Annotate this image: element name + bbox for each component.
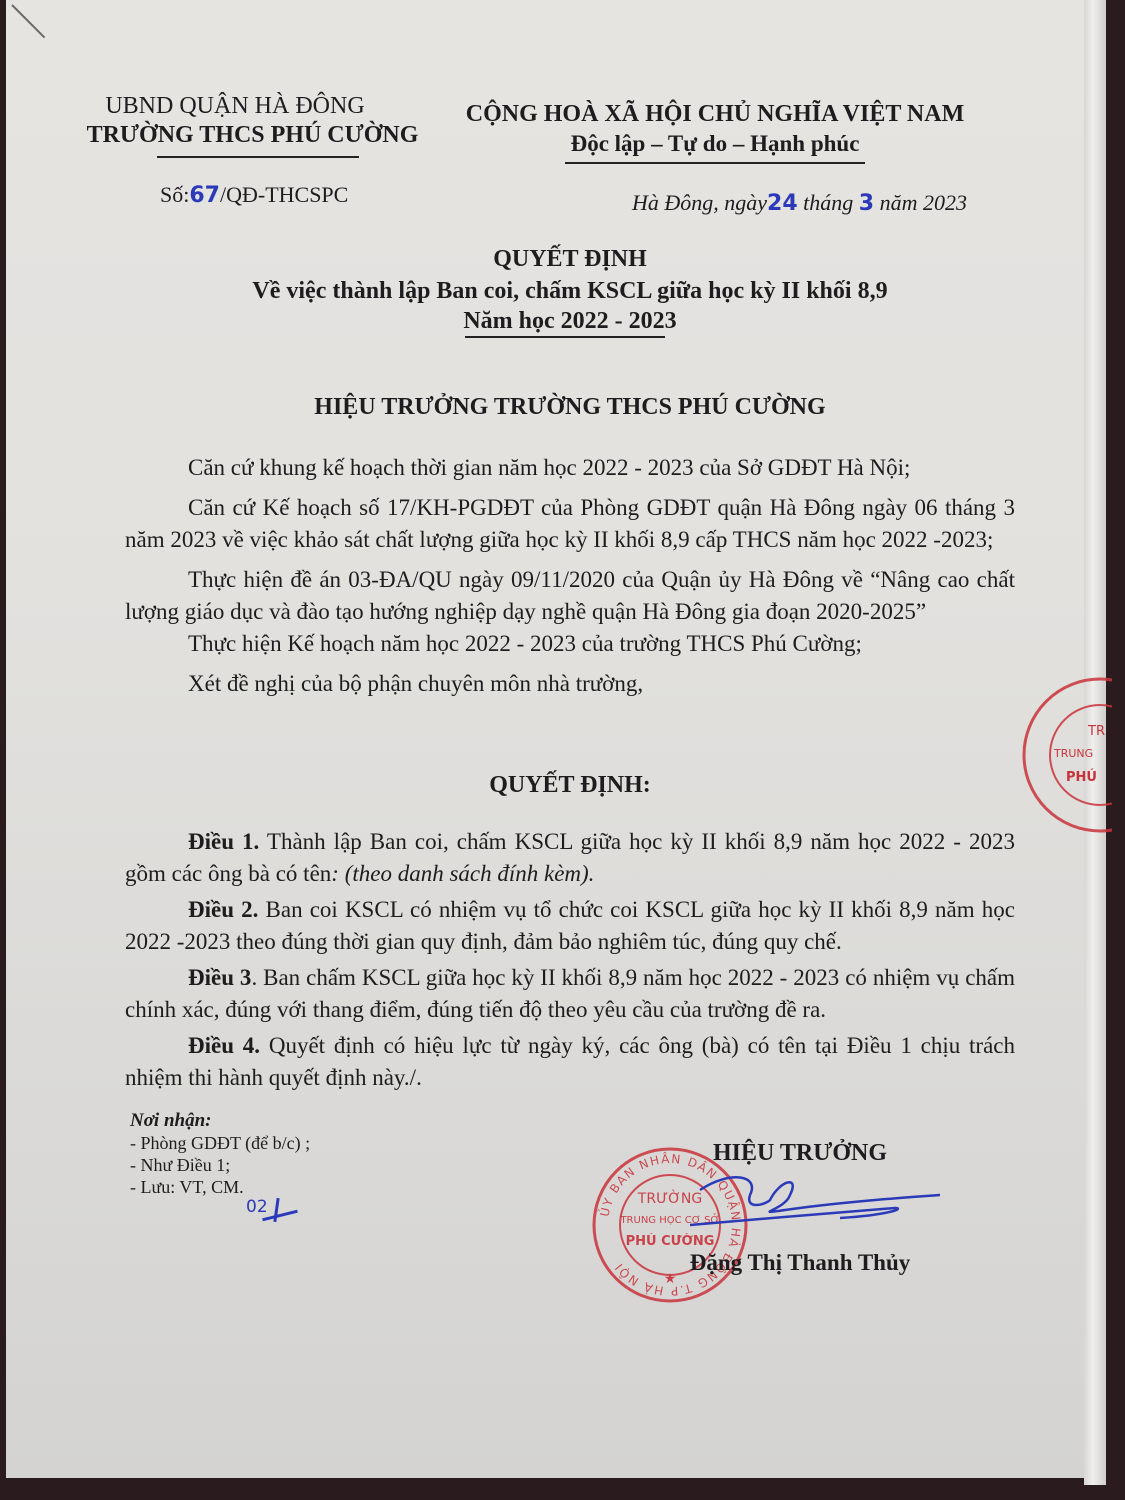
- decision-title: QUYẾT ĐỊNH: [200, 245, 940, 273]
- article-note: : (theo danh sách đính kèm).: [331, 861, 594, 886]
- svg-text:TRUNG: TRUNG: [1053, 747, 1093, 760]
- article-3: Điều 3. Ban chấm KSCL giữa học kỳ II khố…: [125, 962, 1015, 1026]
- signer-name: Đặng Thị Thanh Thủy: [680, 1250, 920, 1276]
- title-rule: [465, 336, 665, 338]
- national-motto: Độc lập – Tự do – Hạnh phúc: [465, 130, 965, 158]
- basis-item: Xét đề nghị của bộ phận chuyên môn nhà t…: [125, 668, 1015, 700]
- year-text: năm 2023: [880, 190, 967, 215]
- partial-seal-icon: TR TRUNG PHÚ: [1020, 675, 1112, 835]
- svg-text:TR: TR: [1087, 724, 1105, 739]
- article-1: Điều 1. Thành lập Ban coi, chấm KSCL giữ…: [125, 826, 1015, 890]
- school-year: Năm học 2022 - 2023: [200, 306, 940, 336]
- recipient-item: - Phòng GDĐT (để b/c) ;: [130, 1132, 310, 1154]
- signature-icon: [690, 1170, 950, 1255]
- article-text: Ban coi KSCL có nhiệm vụ tổ chức coi KSC…: [125, 897, 1015, 954]
- issuing-agency: UBND QUẬN HÀ ĐÔNG: [80, 92, 390, 120]
- basis-item: Căn cứ Kế hoạch số 17/KH-PGDĐT của Phòng…: [125, 492, 1015, 556]
- doc-number-suffix: /QĐ-THCSPC: [220, 182, 348, 207]
- svg-text:PHÚ: PHÚ: [1066, 769, 1097, 785]
- header-rule-right: [565, 162, 865, 164]
- decision-subject: Về việc thành lập Ban coi, chấm KSCL giữ…: [200, 276, 940, 306]
- document-page: [6, 0, 1106, 1478]
- date-prefix: Hà Đông, ngày: [632, 190, 767, 215]
- school-name: TRƯỜNG THCS PHÚ CƯỜNG: [80, 120, 425, 150]
- handwritten-month: 3: [859, 191, 874, 216]
- place-and-date: Hà Đông, ngày24 tháng 3 năm 2023: [632, 190, 967, 216]
- legal-basis: Căn cứ khung kế hoạch thời gian năm học …: [125, 452, 1015, 700]
- month-label: tháng: [803, 190, 853, 215]
- basis-item: Thực hiện Kế hoạch năm học 2022 - 2023 c…: [125, 628, 1015, 660]
- national-title: CỘNG HOÀ XÃ HỘI CHỦ NGHĨA VIỆT NAM: [465, 100, 965, 128]
- recipient-item: - Như Điều 1;: [130, 1154, 310, 1176]
- recipients-block: Nơi nhận: - Phòng GDĐT (để b/c) ; - Như …: [130, 1110, 310, 1198]
- handwritten-doc-number: 67: [189, 183, 220, 208]
- article-2: Điều 2. Ban coi KSCL có nhiệm vụ tổ chức…: [125, 894, 1015, 958]
- handwritten-day: 24: [767, 191, 798, 216]
- article-label: Điều 2.: [188, 897, 258, 922]
- header-rule-left: [157, 156, 359, 158]
- issuing-authority: HIỆU TRƯỞNG TRƯỜNG THCS PHÚ CƯỜNG: [200, 394, 940, 421]
- article-text: . Ban chấm KSCL giữa học kỳ II khối 8,9 …: [125, 965, 1015, 1022]
- basis-item: Thực hiện đề án 03-ĐA/QU ngày 09/11/2020…: [125, 564, 1015, 628]
- handwritten-copy-count: 02: [246, 1197, 268, 1217]
- decision-heading: QUYẾT ĐỊNH:: [200, 772, 940, 799]
- basis-item: Căn cứ khung kế hoạch thời gian năm học …: [125, 452, 1015, 484]
- svg-text:★: ★: [664, 1271, 677, 1287]
- article-4: Điều 4. Quyết định có hiệu lực từ ngày k…: [125, 1030, 1015, 1094]
- recipient-item: - Lưu: VT, CM.: [130, 1176, 310, 1198]
- document-number: Số:67/QĐ-THCSPC: [160, 182, 348, 208]
- articles: Điều 1. Thành lập Ban coi, chấm KSCL giữ…: [125, 826, 1015, 1098]
- article-label: Điều 4.: [188, 1033, 260, 1058]
- doc-number-prefix: Số:: [160, 182, 189, 207]
- article-label: Điều 3: [188, 965, 251, 990]
- article-label: Điều 1.: [188, 829, 259, 854]
- recipients-heading: Nơi nhận:: [130, 1110, 310, 1132]
